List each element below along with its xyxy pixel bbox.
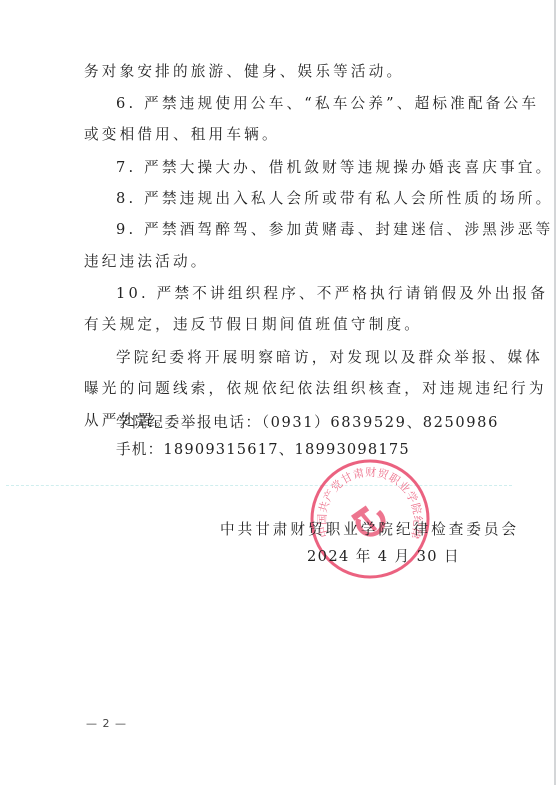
dashed-divider xyxy=(6,485,512,486)
list-item-10: 10. 严禁不讲组织程序、不严格执行请销假及外出报备 xyxy=(116,284,548,304)
text-line: 曝光的问题线索，依规依纪依法组织核查，对违规违纪行为 xyxy=(84,379,547,399)
issuing-organization: 中共甘肃财贸职业学院纪律检查委员会 xyxy=(220,520,519,540)
list-item-6: 6. 严禁违规使用公车、“私车公养”、超标准配备公车 xyxy=(116,94,539,114)
report-phone: 学院纪委举报电话：（0931）6839529、8250986 xyxy=(116,413,499,433)
report-mobile: 手机：18909315617、18993098175 xyxy=(116,440,410,460)
list-item-8: 8. 严禁违规出入私人会所或带有私人会所性质的场所。 xyxy=(116,189,553,209)
text-line: 或变相借用、租用车辆。 xyxy=(84,125,280,145)
text-line: 务对象安排的旅游、健身、娱乐等活动。 xyxy=(84,62,404,82)
list-item-7: 7. 严禁大操大办、借机敛财等违规操办婚丧喜庆事宜。 xyxy=(116,158,553,178)
closing-paragraph: 学院纪委将开展明察暗访，对发现以及群众举报、媒体 xyxy=(116,348,543,368)
text-line: 违纪违法活动。 xyxy=(84,252,209,272)
issue-date: 2024 年 4 月 30 日 xyxy=(307,547,460,567)
list-item-9: 9. 严禁酒驾醉驾、参加黄赌毒、封建迷信、涉黑涉恶等 xyxy=(116,220,553,240)
text-line: 有关规定，违反节假日期间值班值守制度。 xyxy=(84,315,422,335)
page-number: — 2 — xyxy=(86,717,127,730)
